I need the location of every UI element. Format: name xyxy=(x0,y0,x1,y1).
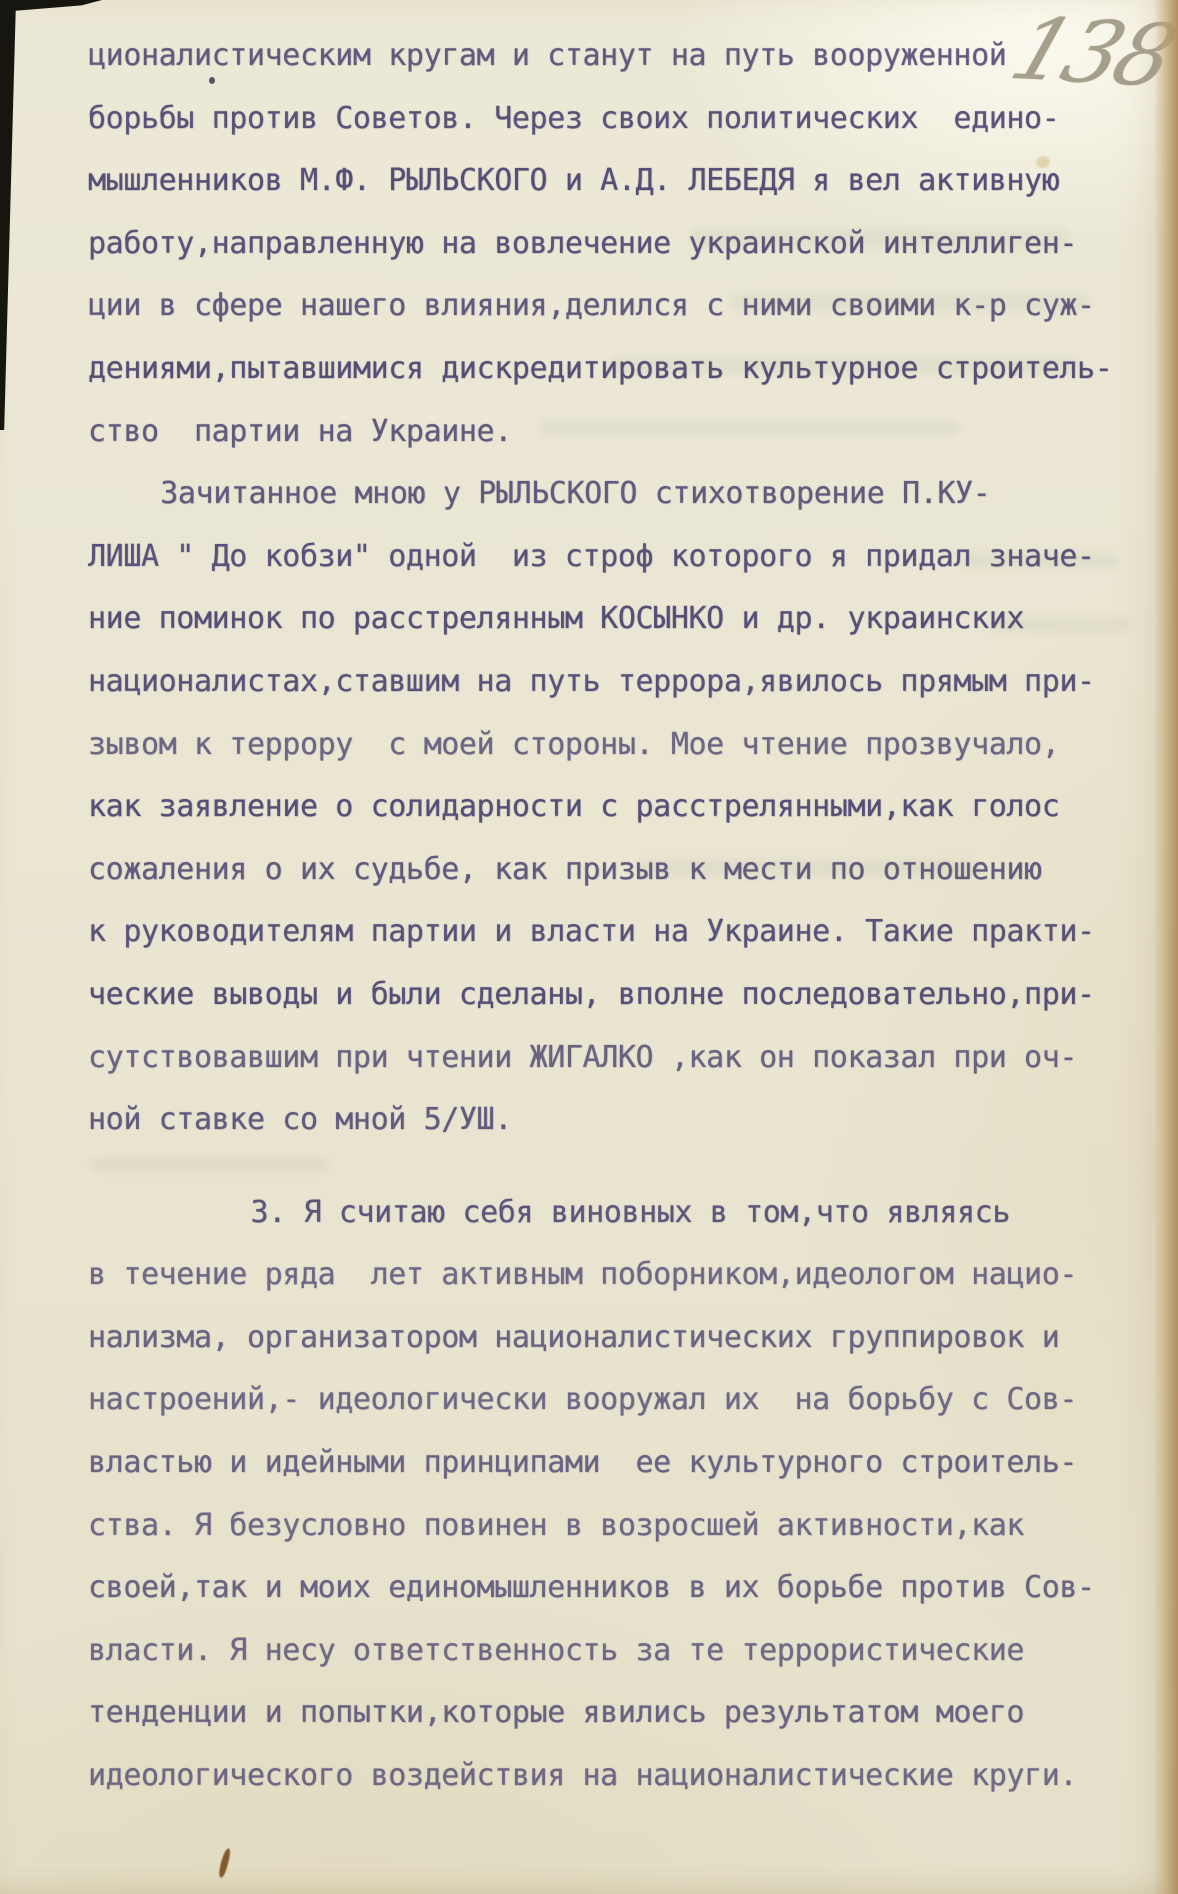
text-line: тенденции и попытки,которые явились резу… xyxy=(88,1682,1178,1745)
text-line: сожаления о их судьбе, как призыв к мест… xyxy=(88,839,1178,902)
text-line: ной ставке со мной 5/УШ. xyxy=(88,1089,1178,1152)
text-line: своей,так и моих единомышленников в их б… xyxy=(88,1557,1178,1620)
paragraph: 3. Я считаю себя виновных в том,что явля… xyxy=(88,1182,1178,1808)
handwritten-page-number: 138 xyxy=(1001,7,1178,100)
scan-edge-artifact-top xyxy=(0,0,102,12)
bleedthrough-smudge xyxy=(540,420,960,436)
text-line: настроений,- идеологически вооружал их н… xyxy=(88,1369,1178,1432)
page-right-edge-shadow xyxy=(1154,0,1178,1894)
paper-mark xyxy=(217,1848,231,1879)
text-line: мышленников М.Ф. РЫЛЬСКОГО и А.Д. ЛЕБЕДЯ… xyxy=(88,150,1178,213)
text-line: сутствовавшим при чтении ЖИГАЛКО ,как он… xyxy=(88,1027,1178,1090)
text-line: нализма, организатором националистически… xyxy=(88,1307,1178,1370)
bleedthrough-smudge xyxy=(610,356,1080,374)
text-line: ческие выводы и были сделаны, вполне пос… xyxy=(88,964,1178,1027)
document-page: ционалистическим кругам и станут на путь… xyxy=(0,0,1178,1894)
ink-speck xyxy=(209,77,215,84)
bleedthrough-smudge xyxy=(90,1158,330,1172)
bleedthrough-smudge xyxy=(730,293,1090,311)
bleedthrough-smudge xyxy=(690,228,1070,248)
text-line: в течение ряда лет активным поборником,и… xyxy=(88,1244,1178,1307)
text-line: Зачитанное мною у РЫЛЬСКОГО стихотворени… xyxy=(88,463,1178,526)
text-line: властью и идейными принципами ее культур… xyxy=(88,1432,1178,1495)
text-line: националистах,ставшим на путь террора,яв… xyxy=(88,651,1178,714)
text-line: ства. Я безусловно повинен в возросшей а… xyxy=(88,1495,1178,1558)
text-line: идеологического воздействия на национали… xyxy=(88,1745,1178,1808)
text-line: к руководителям партии и власти на Украи… xyxy=(88,901,1178,964)
text-line: зывом к террору с моей стороны. Мое чтен… xyxy=(88,714,1178,777)
paper-stain xyxy=(1036,156,1050,168)
text-line: власти. Я несу ответственность за те тер… xyxy=(88,1620,1178,1683)
bleedthrough-smudge xyxy=(990,617,1130,633)
text-line: 3. Я считаю себя виновных в том,что явля… xyxy=(88,1182,1178,1245)
bleedthrough-smudge xyxy=(960,553,1120,569)
bleedthrough-smudge xyxy=(640,860,980,876)
text-line: как заявление о солидарности с расстреля… xyxy=(88,776,1178,839)
